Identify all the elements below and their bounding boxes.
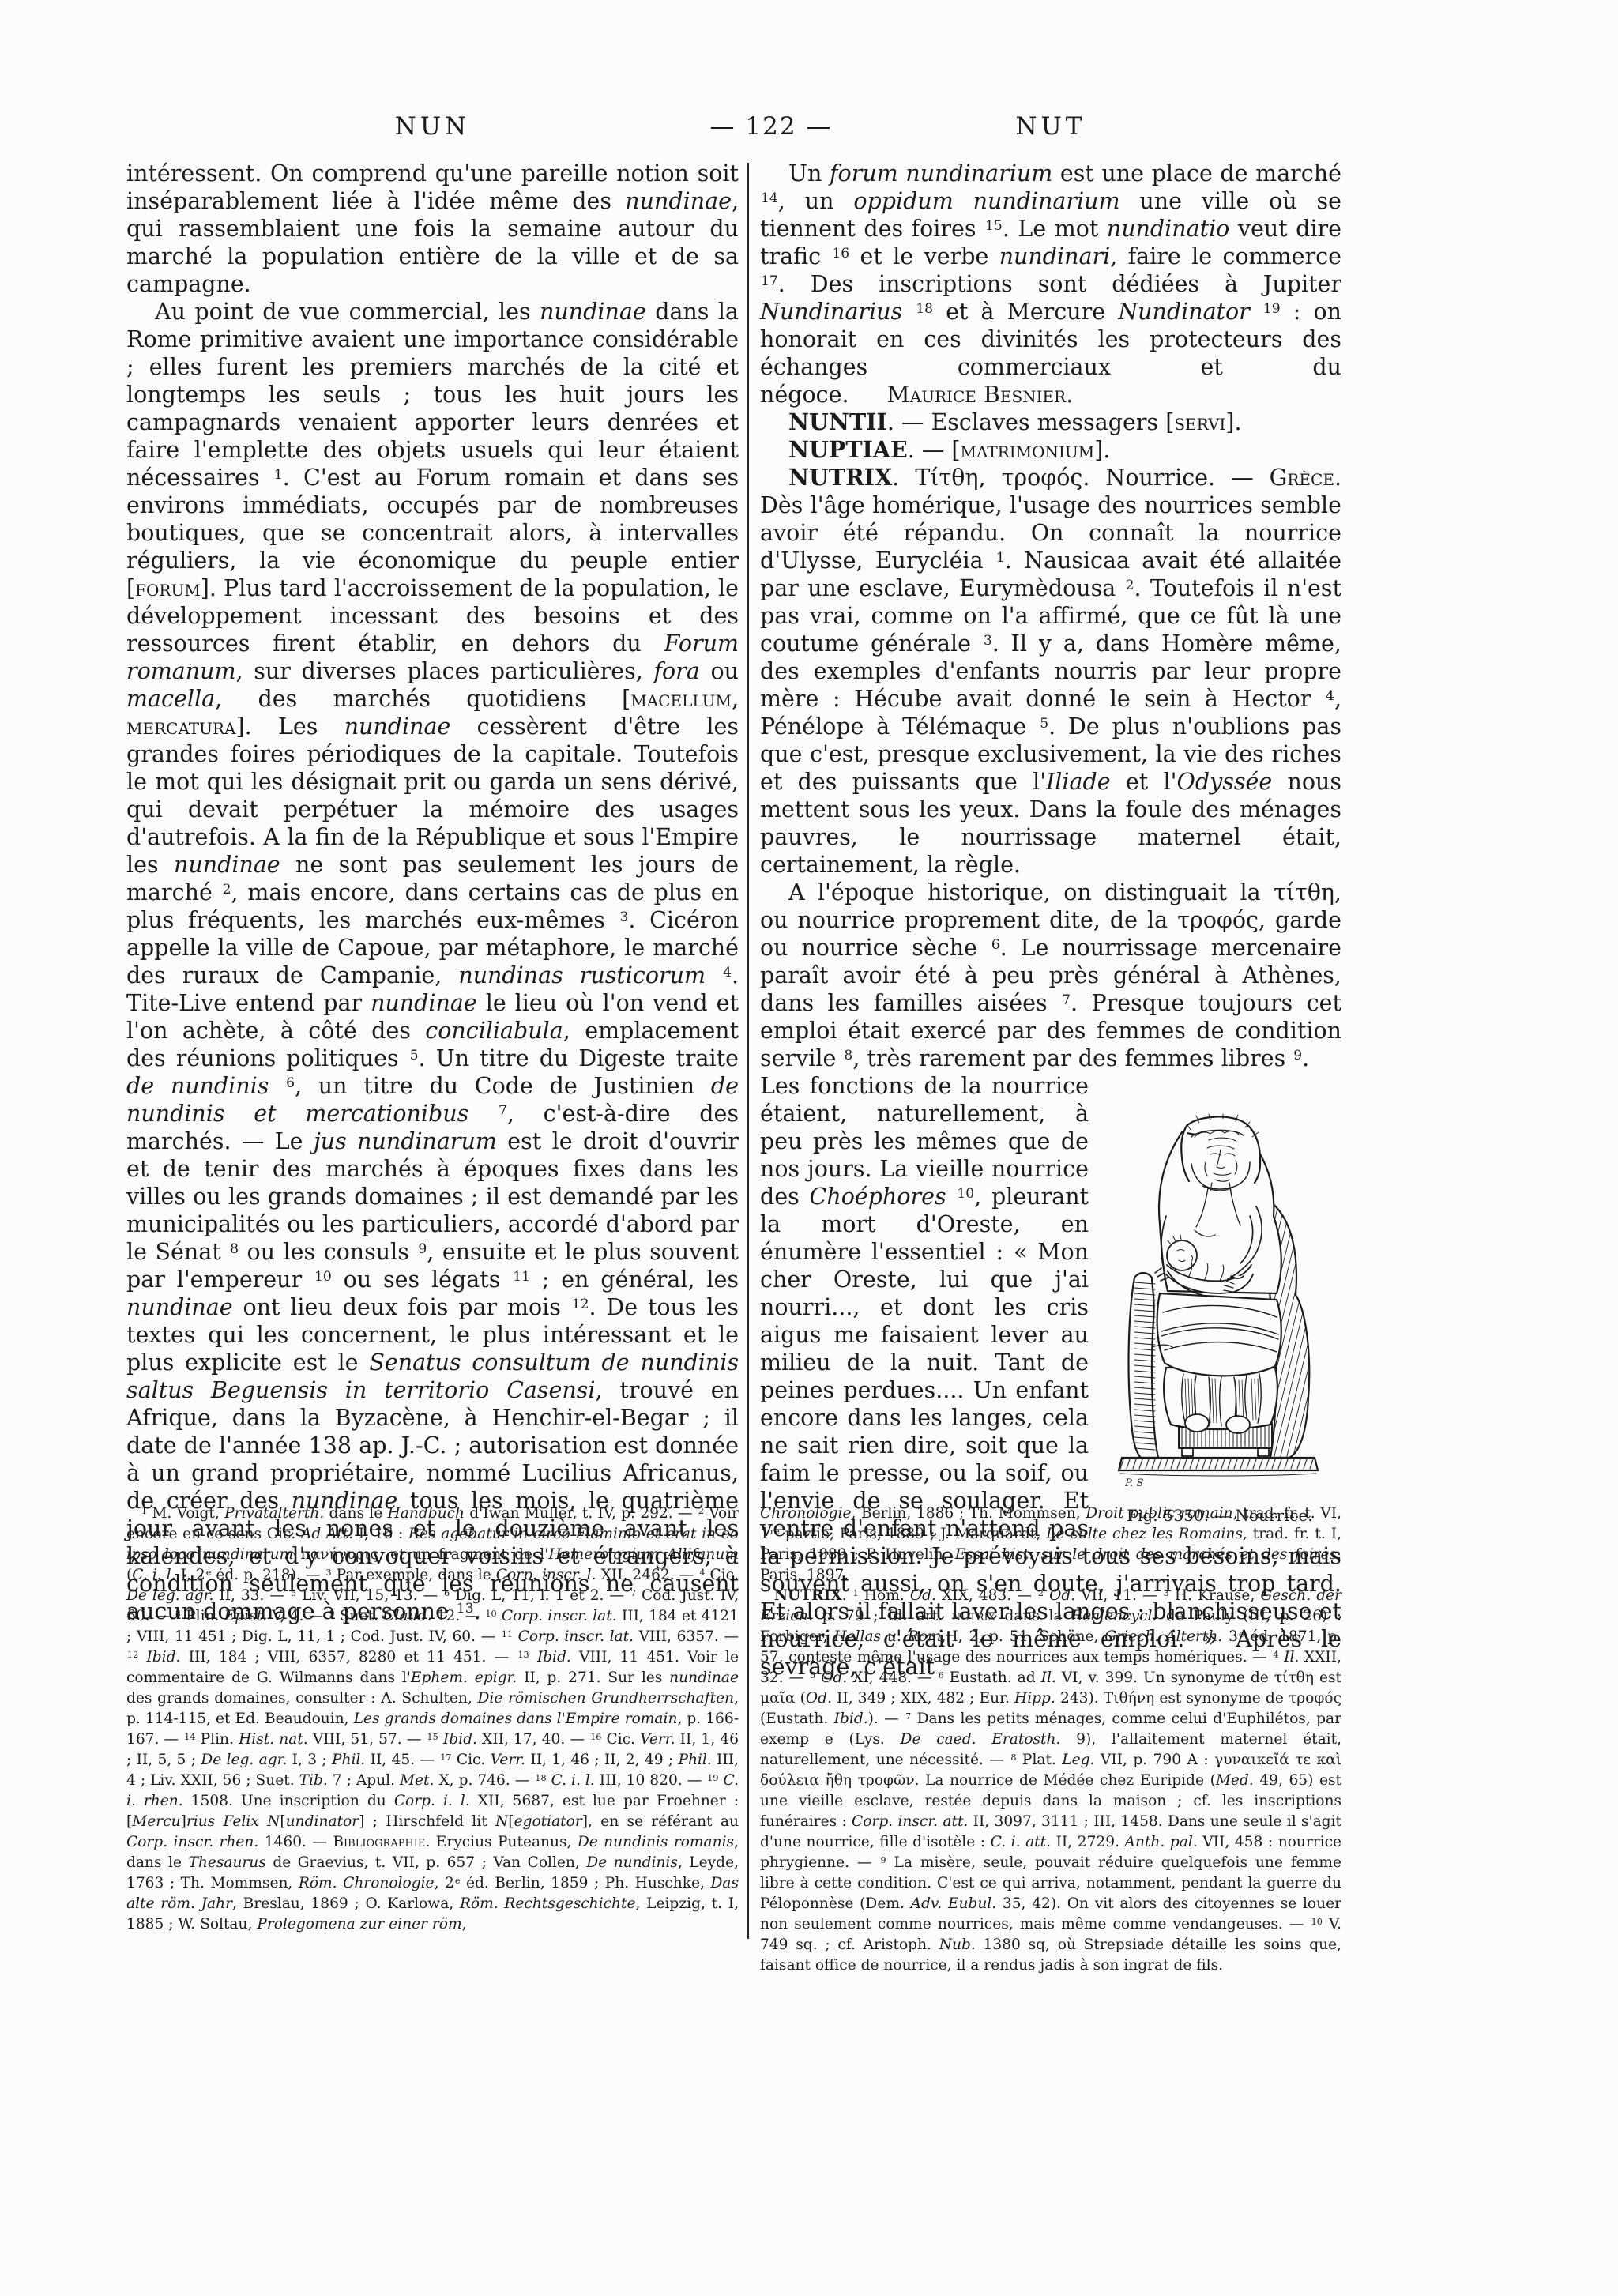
paragraph-nundinae-commercial: Au point de vue commercial, les nundinae… xyxy=(126,298,739,1625)
paragraph-epoque-historique: A l'époque historique, on distinguait la… xyxy=(760,879,1341,1072)
entry-nutrix: NUTRIX. Τίτθη, τροφός. Nourrice. — Grèce… xyxy=(760,464,1341,879)
nurse-statue-illustration: P. S xyxy=(1116,1113,1321,1492)
footnote-block-nutrix: NUTRIX. 1 Hom. Od. XIX, 483. — 2 Od. VII… xyxy=(760,1586,1341,1976)
paragraph-text: Un forum nundinarium est une place de ma… xyxy=(760,160,1341,408)
author-signature: Maurice Besnier. xyxy=(887,382,1074,408)
paragraph-nundinae-continuation: intéressent. On comprend qu'une pareille… xyxy=(126,160,739,298)
lap-drapery xyxy=(1152,1293,1281,1376)
figure-5350-nourrice: P. S Fig. 5350. — Nourrice. xyxy=(1098,1113,1341,1530)
right-footnotes: Chronologie, Berlin, 1886 ; Th. Mommsen,… xyxy=(760,1504,1341,1976)
dictionary-page-scan: NUN — 122 — NUT intéressent. On comprend… xyxy=(0,0,1618,2296)
entry-nuptiae: NUPTIAE. — [matrimonium]. xyxy=(760,436,1341,464)
running-head-left-entry: NUN xyxy=(126,112,739,145)
right-column: Un forum nundinarium est une place de ma… xyxy=(760,160,1341,1703)
chair-left-post xyxy=(1129,1273,1158,1458)
footnote-block: 1 M. Voigt, Privatalterth. dans le Handb… xyxy=(126,1504,739,1935)
left-column: intéressent. On comprend qu'une pareille… xyxy=(126,160,739,1625)
skirt xyxy=(1164,1368,1277,1429)
column-divider-rule xyxy=(747,163,749,1939)
running-head-right-entry: NUT xyxy=(760,112,1341,145)
left-footnotes: 1 M. Voigt, Privatalterth. dans le Handb… xyxy=(126,1504,739,1935)
paragraph-forum-nundinarium: Un forum nundinarium est une place de ma… xyxy=(760,160,1341,408)
plinth xyxy=(1119,1458,1318,1476)
engraver-mark: P. S xyxy=(1124,1477,1143,1489)
entry-nuntii: NUNTII. — Esclaves messagers [servi]. xyxy=(760,408,1341,436)
footnote-block-continuation: Chronologie, Berlin, 1886 ; Th. Mommsen,… xyxy=(760,1504,1341,1586)
